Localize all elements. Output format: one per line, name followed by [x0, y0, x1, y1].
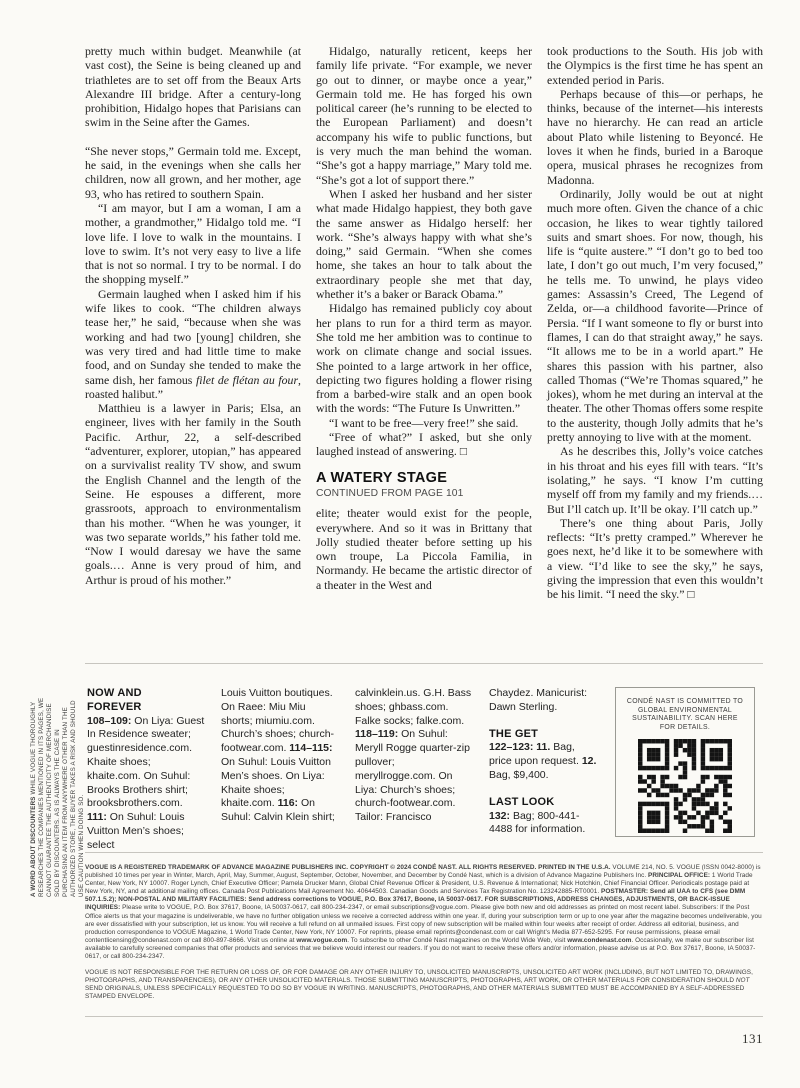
credits-heading: LAST LOOK — [489, 796, 599, 810]
credits-column-4: Chaydez. Manicurist: Dawn Sterling.THE G… — [489, 687, 599, 853]
article-text: pretty much within budget. Meanwhile (at… — [85, 44, 763, 602]
credits-heading: NOW AND FOREVER — [87, 687, 205, 715]
paragraph: There’s one thing about Paris, Jolly ref… — [547, 516, 763, 602]
page-number: 131 — [85, 1031, 763, 1047]
sustainability-panel: CONDÉ NAST IS COMMITTED TO GLOBAL ENVIRO… — [615, 687, 755, 837]
paragraph: Germain laughed when I asked him if his … — [85, 287, 301, 401]
paragraph: took productions to the South. His job w… — [547, 44, 763, 87]
paragraph: Matthieu is a lawyer in Paris; Elsa, an … — [85, 401, 301, 587]
paragraph: “Free of what?” I asked, but she only la… — [316, 430, 532, 459]
legal-text: VOGUE IS A REGISTERED TRADEMARK OF ADVAN… — [85, 864, 763, 1010]
article-column-1: pretty much within budget. Meanwhile (at… — [85, 44, 301, 602]
credits-heading: THE GET — [489, 728, 599, 742]
divider-top — [85, 663, 763, 664]
paragraph: As he describes this, Jolly’s voice catc… — [547, 444, 763, 515]
credits-column-3: calvinklein.us. G.H. Bass shoes; ghbass.… — [355, 687, 473, 853]
credits-text: Chaydez. Manicurist: Dawn Sterling. — [489, 687, 599, 715]
paragraph: “She never stops,” Germain told me. Exce… — [85, 144, 301, 201]
paragraph: “I want to be free—very free!” she said. — [316, 416, 532, 430]
section-heading: A WATERY STAGECONTINUED FROM PAGE 101 — [316, 471, 532, 502]
divider-middle — [85, 852, 763, 853]
paragraph: elite; theater would exist for the peopl… — [316, 506, 532, 592]
paragraph: When I asked her husband and her sister … — [316, 187, 532, 301]
legal-paragraph: VOGUE IS NOT RESPONSIBLE FOR THE RETURN … — [85, 969, 763, 1001]
spacer — [489, 783, 599, 796]
paragraph: Perhaps because of this—or perhaps, he t… — [547, 87, 763, 187]
article-column-2: Hidalgo, naturally reticent, keeps her f… — [316, 44, 532, 602]
sustainability-caption: CONDÉ NAST IS COMMITTED TO GLOBAL ENVIRO… — [624, 698, 746, 732]
paragraph: Hidalgo has remained publicly coy about … — [316, 301, 532, 415]
credits-text: 122–123: 11. Bag, price upon request. 12… — [489, 741, 599, 782]
credits-column-2: Louis Vuitton boutiques. On Raee: Miu Mi… — [221, 687, 339, 853]
divider-bottom — [85, 1016, 763, 1017]
qr-code-icon — [638, 739, 732, 833]
magazine-page: pretty much within budget. Meanwhile (at… — [0, 0, 800, 1088]
paragraph: pretty much within budget. Meanwhile (at… — [85, 44, 301, 130]
credits-text: Louis Vuitton boutiques. On Raee: Miu Mi… — [221, 687, 339, 825]
credits-text: 108–109: On Liya: Guest In Residence swe… — [87, 715, 205, 853]
credits-column-1: NOW AND FOREVER108–109: On Liya: Guest I… — [87, 687, 205, 853]
paragraph: “I am mayor, but I am a woman, I am a mo… — [85, 201, 301, 287]
paragraph: Hidalgo, naturally reticent, keeps her f… — [316, 44, 532, 187]
credits-section: NOW AND FOREVER108–109: On Liya: Guest I… — [87, 687, 763, 853]
credits-text: calvinklein.us. G.H. Bass shoes; ghbass.… — [355, 687, 473, 825]
article-column-3: took productions to the South. His job w… — [547, 44, 763, 602]
discounters-disclaimer: A WORD ABOUT DISCOUNTERS WHILE VOGUE THO… — [30, 690, 86, 897]
paragraph: Ordinarily, Jolly would be out at night … — [547, 187, 763, 444]
spacer — [489, 715, 599, 728]
credits-text: 132: Bag; 800-441-4488 for information. — [489, 810, 599, 838]
legal-paragraph: VOGUE IS A REGISTERED TRADEMARK OF ADVAN… — [85, 864, 763, 961]
